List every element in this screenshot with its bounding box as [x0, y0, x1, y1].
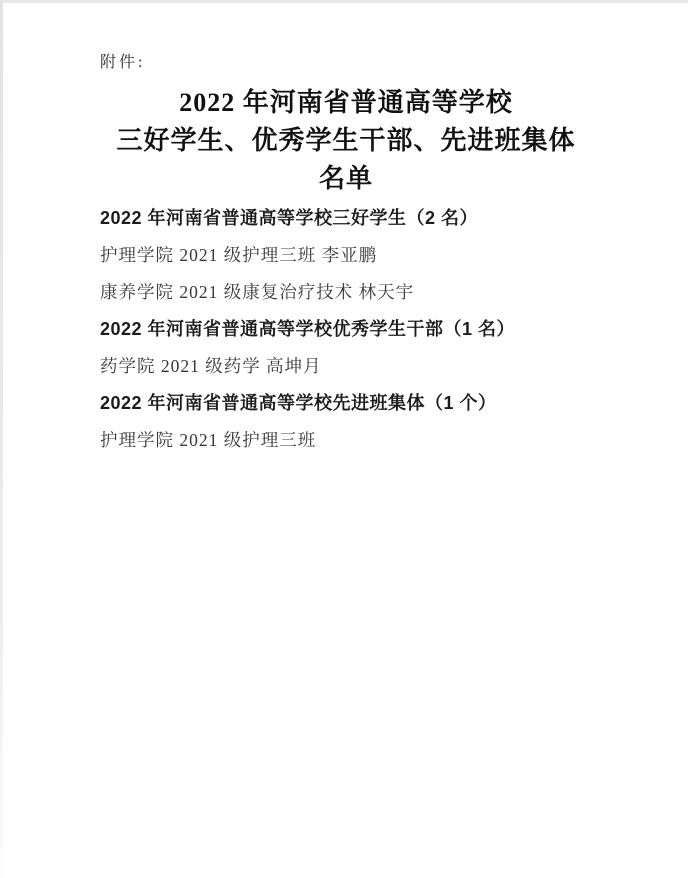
- section-heading-xianjin-banjiti: 2022 年河南省普通高等学校先进班集体（1 个）: [100, 385, 592, 422]
- award-entry: 康养学院 2021 级康复治疗技术 林天宇: [100, 274, 592, 311]
- award-entry: 护理学院 2021 级护理三班 李亚鹏: [100, 237, 592, 274]
- title-line-2: 三好学生、优秀学生干部、先进班集体: [100, 122, 592, 160]
- title-line-1: 2022 年河南省普通高等学校: [100, 84, 592, 122]
- section-heading-sanhao: 2022 年河南省普通高等学校三好学生（2 名）: [100, 200, 592, 237]
- document-content: 附件: 2022 年河南省普通高等学校 三好学生、优秀学生干部、先进班集体 名单…: [0, 0, 688, 459]
- document-title: 2022 年河南省普通高等学校 三好学生、优秀学生干部、先进班集体 名单: [100, 84, 592, 198]
- title-line-3: 名单: [100, 160, 592, 198]
- award-entry: 护理学院 2021 级护理三班: [100, 422, 592, 459]
- document-page: 附件: 2022 年河南省普通高等学校 三好学生、优秀学生干部、先进班集体 名单…: [0, 0, 688, 878]
- award-entry: 药学院 2021 级药学 高坤月: [100, 348, 592, 385]
- section-heading-youxiu-ganbu: 2022 年河南省普通高等学校优秀学生干部（1 名）: [100, 311, 592, 348]
- attachment-label: 附件:: [100, 52, 592, 74]
